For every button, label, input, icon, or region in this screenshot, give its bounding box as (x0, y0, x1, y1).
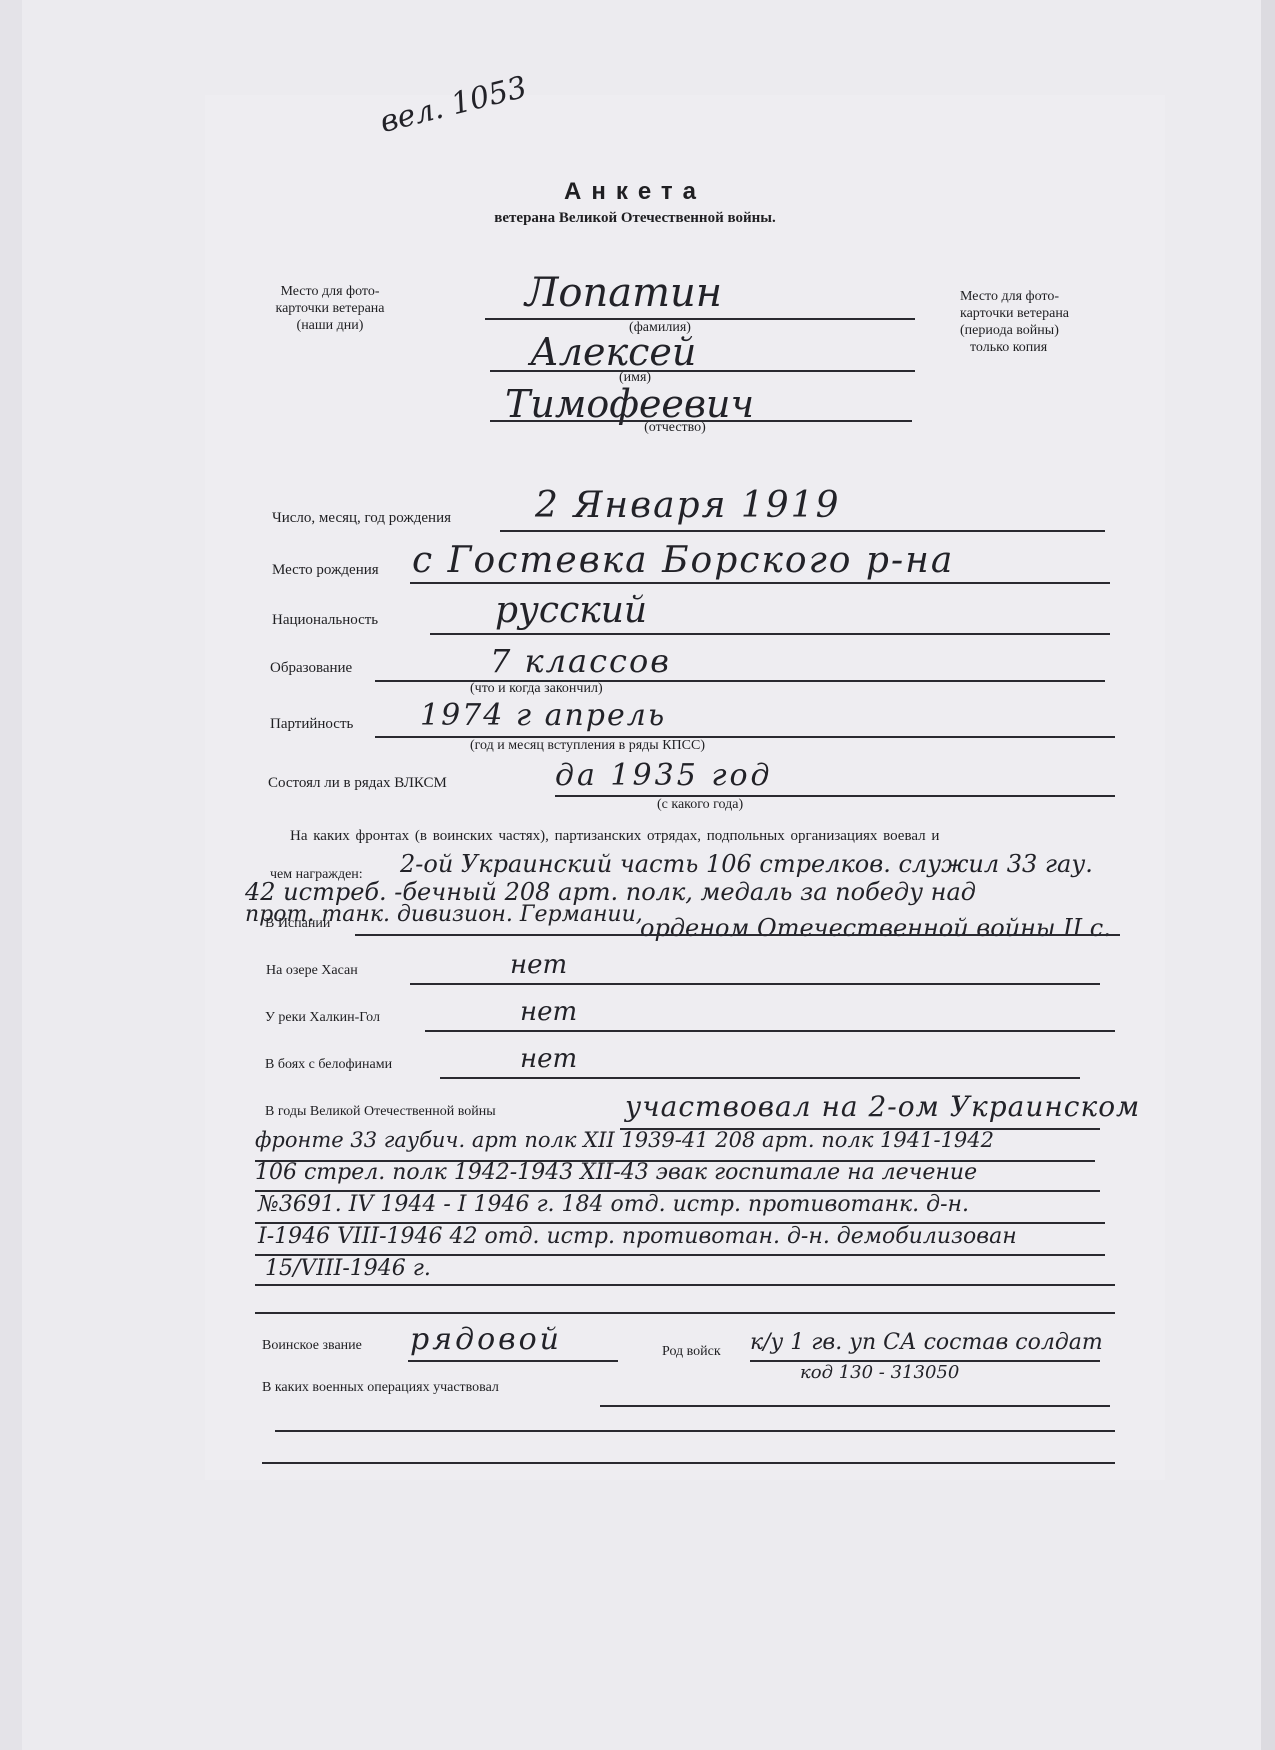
gpw-label: В годы Великой Отечественной войны (265, 1104, 496, 1120)
finns-line (440, 1077, 1080, 1079)
gpw-line[interactable]: 15/VIII-1946 г. (265, 1256, 431, 1281)
photo-placeholder-wartime: Место для фото- карточки ветерана (перио… (960, 288, 1100, 356)
party-label: Партийность (270, 716, 353, 733)
education-label: Образование (270, 660, 352, 677)
spain-label: В Испании (265, 916, 330, 932)
photo-right-line: Место для фото- (960, 288, 1100, 305)
gpw-rule (255, 1284, 1115, 1286)
photo-right-line: только копия (960, 339, 1100, 356)
rank-value[interactable]: рядовой (410, 1322, 562, 1357)
gpw-rule (255, 1312, 1115, 1314)
komsomol-label: Состоял ли в рядах ВЛКСМ (268, 775, 447, 792)
photo-left-line: (наши дни) (265, 317, 395, 334)
gpw-line[interactable]: фронте 33 гаубич. арт полк XII 1939-41 2… (255, 1128, 994, 1152)
photo-right-line: (периода войны) (960, 322, 1100, 339)
branch-value[interactable]: к/у 1 гв. уп СА состав солдат (750, 1330, 1103, 1355)
gpw-line[interactable]: I-1946 VIII-1946 42 отд. истр. противота… (258, 1224, 1017, 1249)
scan-edge-right (1261, 0, 1275, 1750)
first-name-line (490, 370, 915, 372)
fronts-question: На каких фронтах (в воинских частях), па… (290, 828, 939, 845)
photo-left-line: Место для фото- (265, 283, 395, 300)
operations-label: В каких военных операциях участвовал (262, 1380, 499, 1396)
operations-line (600, 1405, 1110, 1407)
spain-line (355, 934, 1120, 936)
page-subtitle: ветерана Великой Отечественной войны. (440, 210, 830, 227)
komsomol-caption: (с какого года) (657, 797, 743, 813)
photo-right-line: карточки ветерана (960, 305, 1100, 322)
scan-edge-left (0, 0, 22, 1750)
surname-value[interactable]: Лопатин (525, 270, 722, 316)
fronts-answer-line[interactable]: 2-ой Украинский часть 106 стрелков. служ… (400, 850, 1093, 878)
party-value[interactable]: 1974 г апрель (420, 698, 666, 733)
komsomol-value[interactable]: да 1935 год (555, 758, 773, 793)
gpw-line[interactable]: участвовал на 2-ом Украинском (625, 1090, 1140, 1123)
finns-label: В боях с белофинами (265, 1057, 392, 1073)
khasan-line (410, 983, 1100, 985)
photo-left-line: карточки ветерана (265, 300, 395, 317)
education-value[interactable]: 7 классов (490, 642, 671, 680)
birth-place-value[interactable]: с Гостевка Борского р-на (412, 540, 954, 581)
party-caption: (год и месяц вступления в ряды КПСС) (470, 738, 705, 754)
operations-line (275, 1430, 1115, 1432)
photo-placeholder-current: Место для фото- карточки ветерана (наши … (265, 283, 395, 334)
education-caption: (что и когда закончил) (470, 681, 603, 697)
gpw-line[interactable]: №3691. IV 1944 - I 1946 г. 184 отд. истр… (258, 1192, 969, 1217)
birth-place-label: Место рождения (272, 562, 379, 579)
rank-line (408, 1360, 618, 1362)
finns-value[interactable]: нет (520, 1044, 577, 1074)
nationality-line (430, 633, 1110, 635)
birth-date-line (500, 530, 1105, 532)
gpw-line[interactable]: 106 стрел. полк 1942-1943 XII-43 эвак го… (255, 1160, 977, 1185)
khalkhin-gol-label: У реки Халкин-Гол (265, 1010, 380, 1026)
nationality-value[interactable]: русский (495, 590, 647, 631)
patronymic-caption: (отчество) (630, 420, 720, 436)
branch-label: Род войск (662, 1344, 721, 1360)
khalkhin-gol-value[interactable]: нет (520, 997, 577, 1027)
komsomol-line (555, 795, 1115, 797)
page-title: Анкета (470, 178, 800, 206)
branch-sub-value[interactable]: код 130 - 313050 (800, 1362, 959, 1383)
khasan-label: На озере Хасан (266, 963, 358, 979)
first-name-value[interactable]: Алексей (530, 330, 696, 374)
operations-line (262, 1462, 1115, 1464)
birth-date-value[interactable]: 2 Января 1919 (535, 485, 841, 526)
khasan-value[interactable]: нет (510, 950, 567, 980)
birth-place-line (410, 582, 1110, 584)
khalkhin-gol-line (425, 1030, 1115, 1032)
birth-date-label: Число, месяц, год рождения (272, 510, 451, 527)
nationality-label: Национальность (272, 612, 378, 629)
rank-label: Воинское звание (262, 1338, 362, 1354)
fronts-answer-line[interactable]: орденом Отечественной войны II с. (640, 914, 1111, 942)
